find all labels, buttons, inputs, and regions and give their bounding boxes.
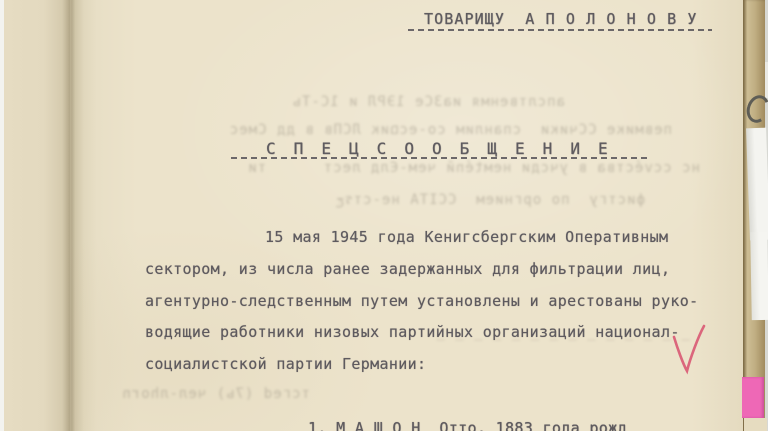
typewritten-line: социалистской партии Германии:	[145, 349, 698, 381]
protruding-paper	[746, 128, 768, 241]
page-fold-crease	[62, 0, 84, 431]
scanned-document: апслтвенмя иаЗСе 1ЭРЛ и 1С-Ть певмике СС…	[0, 0, 768, 431]
bleedthrough-text: тсгed (7ь) чел-лhorn	[150, 386, 310, 402]
bleedthrough-text: фистгу по оргнием ССІТА не-стรج	[150, 189, 645, 211]
typewritten-line: сектором, из числа ранее задержанных для…	[145, 254, 698, 286]
typewritten-line: агентурно-следственным путем установлены…	[145, 286, 698, 318]
typewritten-line: водящие работники низовых партийных орга…	[145, 317, 698, 349]
bleedthrough-text: апслтвенмя иаЗСе 1ЭРЛ и 1С-Ть	[240, 94, 565, 110]
pink-bookmark-tab	[742, 377, 764, 418]
protruding-paper	[750, 232, 768, 320]
bleedthrough-text: певмике ССчики спанлим со-есםик ЛСПв в д…	[150, 122, 672, 139]
body-paragraph: 15 мая 1945 года Кенигсбергским Оператив…	[145, 222, 698, 381]
list-item-first-partial: 1. М А Ш О Н Отто, 1883 года рожд	[308, 419, 627, 431]
recipient-header: ТОВАРИЩУ А П О Л О Н О В У	[424, 10, 698, 28]
red-checkmark-icon	[667, 322, 709, 376]
page-corner	[744, 418, 767, 431]
header-underline	[408, 29, 712, 31]
typewritten-line: 15 мая 1945 года Кенигсбергским Оператив…	[145, 222, 698, 254]
bleedthrough-text: нс ссvéства в учсди немténй чем-Єлд лест…	[150, 160, 700, 176]
document-title: С П Е Ц С О О Б Щ Е Н И Е	[266, 139, 612, 158]
title-underline	[231, 157, 651, 159]
